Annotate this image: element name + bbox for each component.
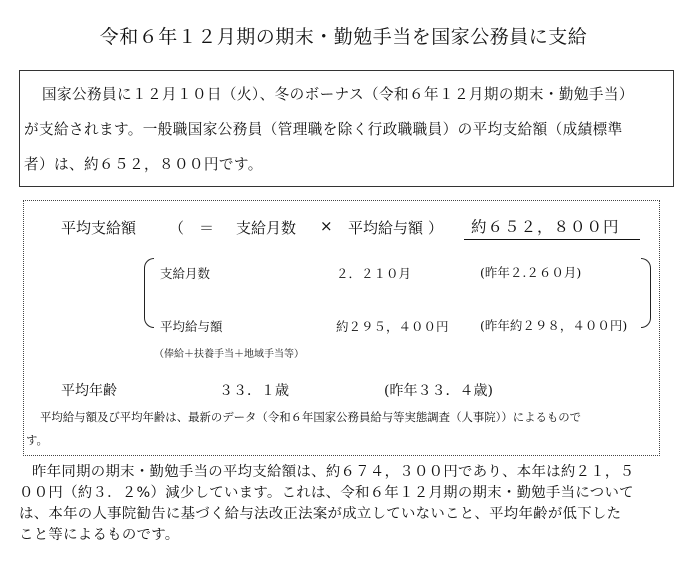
paragraph-line: こと等によるものです。 (19, 525, 634, 546)
paragraph-line: 昨年同期の期末・勤勉手当の平均支給額は、約６７４，３００円であり、本年は約２１，… (19, 462, 634, 483)
paragraph-line: は、本年の人事院勧告に基づく給与法改正法案が成立していないこと、平均年齢が低下し… (19, 504, 634, 525)
page-title: 令和６年１２月期の期末・勤勉手当を国家公務員に支給 (0, 22, 687, 49)
summary-line: 者）は、約６５２，８００円です。 (24, 153, 263, 174)
months-value: ２．２１０月 (336, 264, 411, 282)
detail-box: 平均支給額 （ ＝ 支給月数 × 平均給与額 ） 約６５２，８００円 支給月数 … (23, 200, 660, 456)
footnote-line: 平均給与額及び平均年齢は、最新のデータ（令和６年国家公務員給与等実態調査（人事院… (40, 409, 581, 425)
salary-previous: (昨年約２９８，４００円) (480, 316, 627, 334)
months-label: 支給月数 (160, 264, 210, 282)
formula-close-paren: ） (428, 217, 443, 238)
age-label: 平均年齢 (61, 380, 117, 400)
formula-equals: ＝ (199, 217, 214, 238)
formula-total: 約６５２，８００円 (464, 215, 640, 240)
left-bracket (144, 258, 154, 328)
summary-line: が支給されます。一般職国家公務員（管理職を除く行政職職員）の平均支給額（成績標準 (24, 118, 623, 139)
summary-line: 国家公務員に１２月１０日（火）、冬のボーナス（令和６年１２月期の期末・勤勉手当） (42, 83, 634, 104)
formula-term-salary: 平均給与額 (348, 217, 423, 238)
summary-box: 国家公務員に１２月１０日（火）、冬のボーナス（令和６年１２月期の期末・勤勉手当）… (19, 70, 674, 187)
paragraph-line: ００円（約３．２%）減少しています。これは、令和６年１２月期の期末・勤勉手当につ… (19, 483, 634, 504)
age-previous: (昨年３３．４歳) (384, 380, 493, 400)
formula-term-months: 支給月数 (236, 217, 296, 238)
salary-note: （俸給＋扶養手当＋地域手当等） (154, 345, 304, 360)
salary-value: 約２９５，４００円 (336, 317, 449, 335)
salary-label: 平均給与額 (160, 317, 223, 335)
right-bracket (641, 258, 651, 328)
formula-times: × (320, 217, 333, 235)
formula-open-paren: （ (169, 217, 184, 238)
bottom-paragraph: 昨年同期の期末・勤勉手当の平均支給額は、約６７４，３００円であり、本年は約２１，… (19, 462, 634, 546)
formula-label: 平均支給額 (61, 217, 136, 238)
months-previous: (昨年２.２６０月) (480, 263, 581, 281)
age-value: ３３．１歳 (219, 380, 289, 400)
footnote-line: す。 (26, 432, 48, 448)
